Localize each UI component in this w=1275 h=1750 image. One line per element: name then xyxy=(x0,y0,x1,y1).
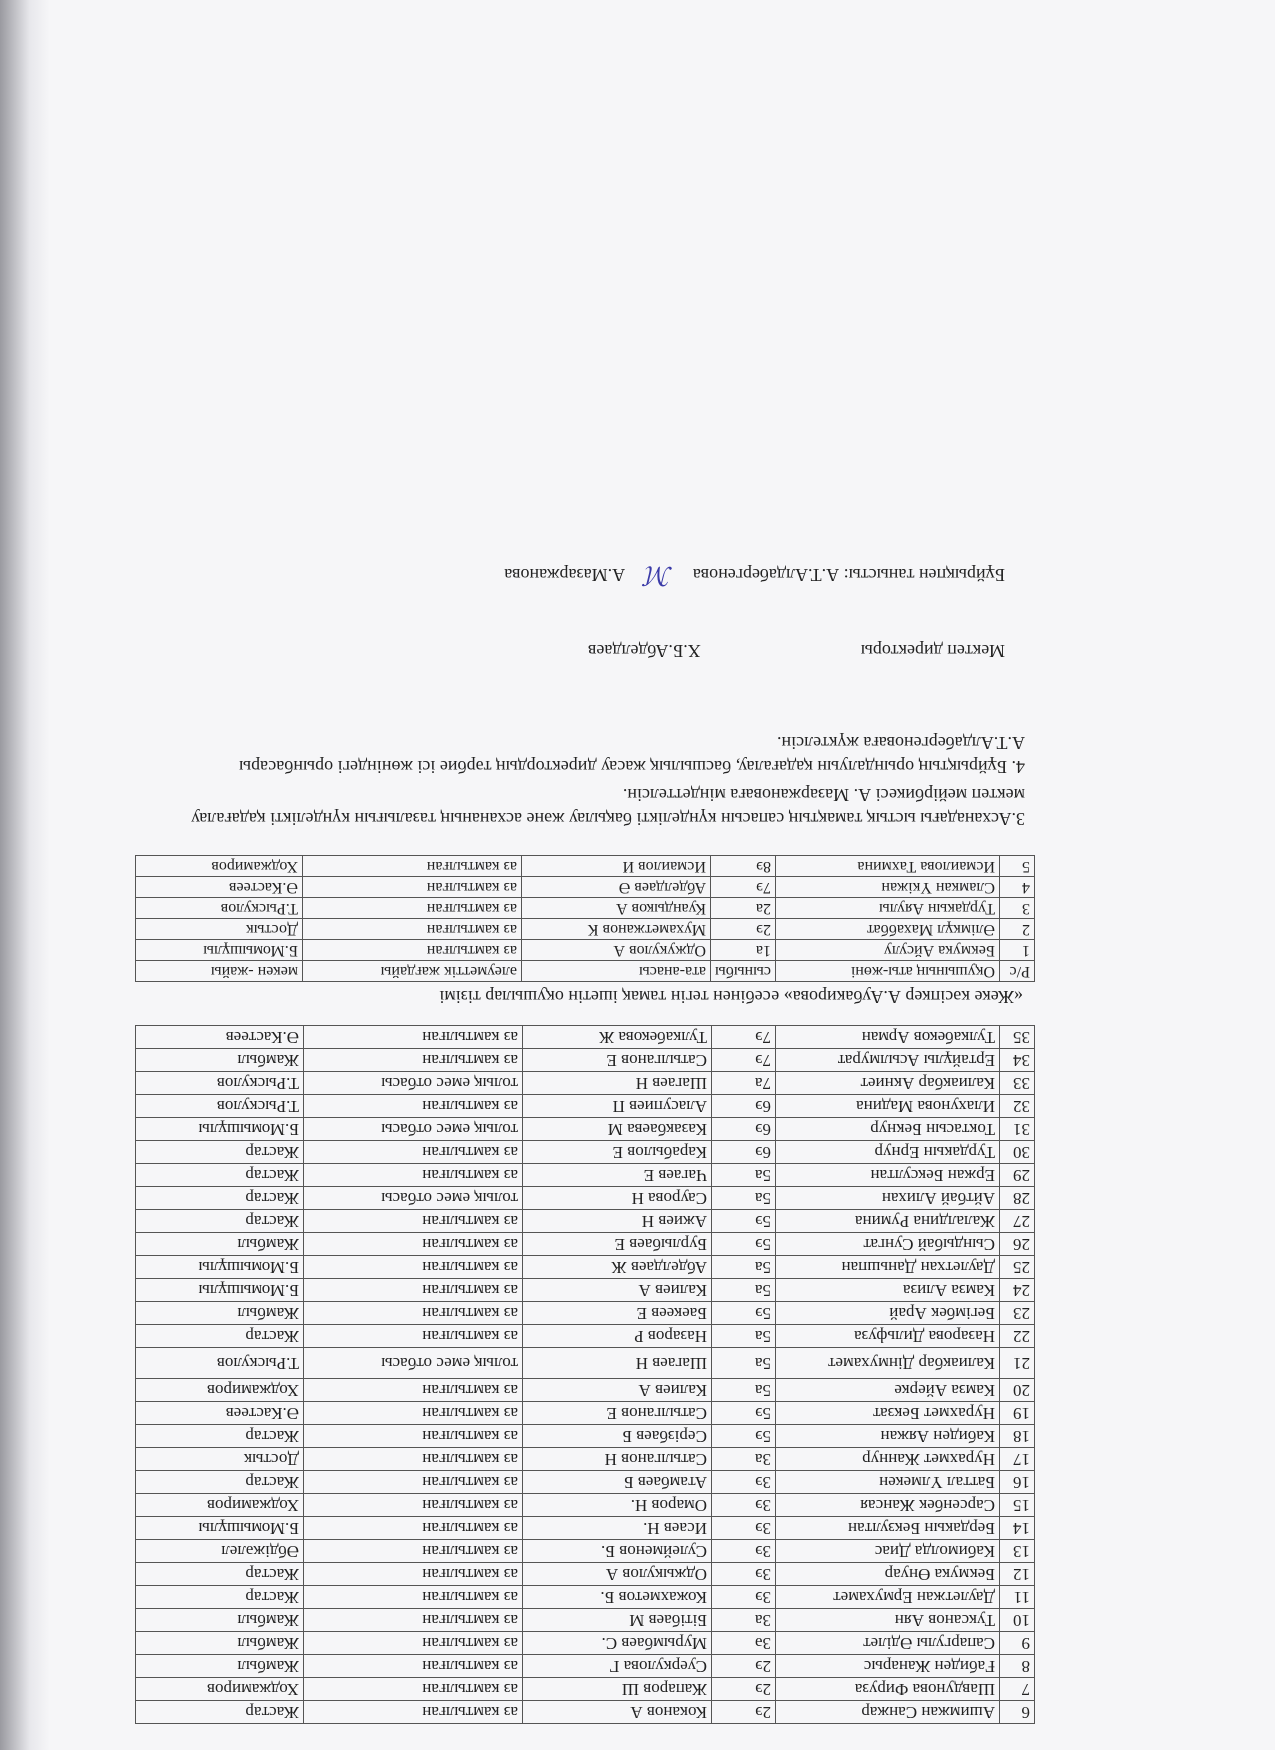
cell-name: Нурахмет Жаннур xyxy=(776,1448,1000,1471)
cell-n: 7 xyxy=(1000,1678,1035,1701)
cell-parent: Омаров Н. xyxy=(523,1494,712,1517)
cell-cls: 3ә xyxy=(712,1632,776,1655)
cell-cls: 5а xyxy=(712,1325,776,1348)
cell-status: толық емес отбасы xyxy=(304,1118,523,1141)
cell-parent: Оджукулов А xyxy=(521,940,710,961)
cell-cls: 3а xyxy=(712,1448,776,1471)
cell-name: Камза Ализа xyxy=(776,1279,1000,1302)
cell-n: 2 xyxy=(1000,919,1035,940)
acquainted-signature-line: Бұйрықпен танысты: А.Т.Алдабергенова ℳ А… xyxy=(135,560,1035,590)
cell-parent: Атамбаев Б xyxy=(523,1471,712,1494)
cell-n: 6 xyxy=(1000,1701,1035,1724)
cell-status: аз камтылған xyxy=(304,1049,523,1072)
cell-cls: 3э xyxy=(712,1471,776,1494)
document-content: 6Ашимжан Санжар2эКоканов Ааз камтылғанЖа… xyxy=(135,560,1035,1750)
cell-address: Достык xyxy=(136,919,303,940)
cell-parent: Назаров Р xyxy=(523,1325,712,1348)
cell-parent: Серізбаев Б xyxy=(523,1425,712,1448)
cell-name: Ашимжан Санжар xyxy=(776,1701,1000,1724)
cell-cls: 6э xyxy=(712,1141,776,1164)
cell-parent: Бурлыбаев Е xyxy=(523,1233,712,1256)
cell-n: 21 xyxy=(1000,1348,1035,1379)
table-row: 19Нурахмет Бекзат5эСатылганов Еаз камтыл… xyxy=(136,1402,1035,1425)
cell-parent: Калиев А xyxy=(523,1379,712,1402)
cell-n: 3 xyxy=(1000,898,1035,919)
director-signature-line: Мектеп директоры Х.Б.Абделдаев xyxy=(135,640,1035,661)
cell-parent: Казакбаева М xyxy=(523,1118,712,1141)
cell-address: Жамбыл xyxy=(136,1609,304,1632)
cell-n: 4 xyxy=(1000,877,1035,898)
cell-parent: Калиев А xyxy=(523,1279,712,1302)
cell-name: Тулкабеков Арман xyxy=(776,1026,1000,1049)
cell-status: аз камтылған xyxy=(304,1471,523,1494)
cell-status: аз камтылған xyxy=(302,898,521,919)
column-header: ата-анасы xyxy=(521,961,710,982)
cell-address: Достык xyxy=(136,1448,304,1471)
cell-parent: Ажиев Н xyxy=(523,1210,712,1233)
scanned-document-page: 6Ашимжан Санжар2эКоканов Ааз камтылғанЖа… xyxy=(0,0,1275,1750)
cell-n: 9 xyxy=(1000,1632,1035,1655)
table-row: 21Калиакбар Дінмухамет5аШагаев Нтолық ем… xyxy=(136,1348,1035,1379)
cell-parent: Сулейменов Б. xyxy=(523,1540,712,1563)
cell-address: Ходжамиров xyxy=(136,1494,304,1517)
table-row: 12Бекмука Өнуар3эОджыкулов Ааз камтылған… xyxy=(136,1563,1035,1586)
cell-n: 28 xyxy=(1000,1187,1035,1210)
cell-name: Камза Айерке xyxy=(776,1379,1000,1402)
table-row: 4Сламкан Үкіжан7эАбделдаев Әаз камтылған… xyxy=(136,877,1035,898)
table-row: 22Назарова Дильфуза5аНазаров Раз камтылғ… xyxy=(136,1325,1035,1348)
cell-n: 33 xyxy=(1000,1072,1035,1095)
cell-n: 15 xyxy=(1000,1494,1035,1517)
table-row: 16Баттал Үлмекен3эАтамбаев Баз камтылған… xyxy=(136,1471,1035,1494)
cell-status: аз камтылған xyxy=(302,940,521,961)
cell-parent: Мурымбаев С. xyxy=(523,1632,712,1655)
cell-name: Бекмука Өнуар xyxy=(776,1563,1000,1586)
cell-status: аз камтылған xyxy=(304,1517,523,1540)
cell-status: аз камтылған xyxy=(304,1563,523,1586)
cell-parent: Мухаметжанов К xyxy=(521,919,710,940)
table-row: 15Сарсенбек Жансая3эОмаров Н.аз камтылға… xyxy=(136,1494,1035,1517)
cell-cls: 6э xyxy=(712,1118,776,1141)
cell-name: Бегімбек Арай xyxy=(776,1302,1000,1325)
cell-status: аз камтылған xyxy=(304,1302,523,1325)
cell-status: аз камтылған xyxy=(304,1164,523,1187)
cell-status: аз камтылған xyxy=(304,1701,523,1724)
cell-address: Ә.Кастеев xyxy=(136,1026,304,1049)
cell-cls: 5а xyxy=(712,1164,776,1187)
table-row: 29Ержан Бексултан5аЧагаев Еаз камтылғанЖ… xyxy=(136,1164,1035,1187)
cell-cls: 5э xyxy=(712,1302,776,1325)
cell-cls: 5э xyxy=(712,1233,776,1256)
scan-edge-shadow xyxy=(0,0,50,1750)
column-header: Р/с xyxy=(1000,961,1035,982)
cell-cls: 2э xyxy=(710,919,775,940)
table-row: 33Калиакбар Акниет7аШагаев Нтолық емес о… xyxy=(136,1072,1035,1095)
table-row: 35Тулкабеков Арман7эТулкабекова Жаз камт… xyxy=(136,1026,1035,1049)
cell-address: Ходжамиров xyxy=(136,856,303,877)
cell-name: Бекмука Айсулу xyxy=(776,940,1000,961)
cell-cls: 3э xyxy=(712,1494,776,1517)
cell-cls: 5э xyxy=(712,1425,776,1448)
cell-status: аз камтылған xyxy=(304,1448,523,1471)
cell-name: Сындыбай Сунгат xyxy=(776,1233,1000,1256)
table-row: 8Ғабиден Жанарыс2эСуеркулова Газ камтылғ… xyxy=(136,1655,1035,1678)
cell-address: Жастар xyxy=(136,1141,304,1164)
cell-n: 27 xyxy=(1000,1210,1035,1233)
cell-n: 16 xyxy=(1000,1471,1035,1494)
column-header: мекен -жайы xyxy=(136,961,303,982)
cell-address: Жастар xyxy=(136,1164,304,1187)
cell-n: 19 xyxy=(1000,1402,1035,1425)
cell-status: аз камтылған xyxy=(304,1279,523,1302)
cell-address: Т.Рыскулов xyxy=(136,898,303,919)
cell-address: Жамбыл xyxy=(136,1302,304,1325)
cell-name: Ержан Бексултан xyxy=(776,1164,1000,1187)
table-row: 18Кабиден Аяжан5эСерізбаев Баз камтылған… xyxy=(136,1425,1035,1448)
table-row: 7Шавдунова Фируза2эЖапаров Шаз камтылған… xyxy=(136,1678,1035,1701)
second-signatory: А.Мазаржанова xyxy=(504,565,625,586)
cell-parent: Карабылов Е xyxy=(523,1141,712,1164)
cell-cls: 3э xyxy=(712,1563,776,1586)
table-row: 11Даулетжан Ермухамет3эКожахметов Б.аз к… xyxy=(136,1586,1035,1609)
cell-address: Жастар xyxy=(136,1187,304,1210)
cell-n: 25 xyxy=(1000,1256,1035,1279)
cell-status: аз камтылған xyxy=(304,1609,523,1632)
cell-parent: Саурова Н xyxy=(523,1187,712,1210)
cell-address: Ходжамиров xyxy=(136,1678,304,1701)
cell-n: 1 xyxy=(1000,940,1035,961)
cell-cls: 7э xyxy=(712,1026,776,1049)
cell-name: Сапаргулы Әділет xyxy=(776,1632,1000,1655)
cell-name: Калиакбар Акниет xyxy=(776,1072,1000,1095)
table-row: 14Бердакын Бекзултан3эИсаев Н.аз камтылғ… xyxy=(136,1517,1035,1540)
cell-cls: 5а xyxy=(712,1256,776,1279)
students-table-continued: 6Ашимжан Санжар2эКоканов Ааз камтылғанЖа… xyxy=(135,1025,1035,1724)
cell-n: 5 xyxy=(1000,856,1035,877)
cell-name: Сламкан Үкіжан xyxy=(776,877,1000,898)
paragraph-4: 4. Бұйрықтың орындалуын қадағалау, басшы… xyxy=(145,731,1025,779)
cell-status: аз камтылған xyxy=(304,1678,523,1701)
cell-parent: Суеркулова Г xyxy=(523,1655,712,1678)
cell-address: Т.Рыскулов xyxy=(136,1072,304,1095)
cell-cls: 7э xyxy=(710,877,775,898)
table-row: 17Нурахмет Жаннур3аСатылганов Наз камтыл… xyxy=(136,1448,1035,1471)
cell-parent: Исаев Н. xyxy=(523,1517,712,1540)
cell-name: Әлімкұл Махаббат xyxy=(776,919,1000,940)
table-row: 34Ертайұлы Асылмурат7эСатылганов Еаз кам… xyxy=(136,1049,1035,1072)
cell-status: аз камтылған xyxy=(304,1494,523,1517)
cell-cls: 2э xyxy=(712,1701,776,1724)
cell-status: аз камтылған xyxy=(304,1632,523,1655)
cell-cls: 5а xyxy=(712,1187,776,1210)
cell-address: Жамбыл xyxy=(136,1233,304,1256)
cell-status: толық емес отбасы xyxy=(304,1072,523,1095)
cell-address: Б.Момышұлы xyxy=(136,1118,304,1141)
table-row: 9Сапаргулы Әділет3әМурымбаев С.аз камтыл… xyxy=(136,1632,1035,1655)
cell-address: Б.Момышұлы xyxy=(136,1517,304,1540)
list-title: «Жеке кәсіпкер А.Аубакирова» есебінен те… xyxy=(135,986,1023,1007)
cell-address: Жастар xyxy=(136,1425,304,1448)
cell-status: толық емес отбасы xyxy=(304,1348,523,1379)
cell-parent: Баекеев Е xyxy=(523,1302,712,1325)
cell-parent: Абделдаев Ж xyxy=(523,1256,712,1279)
students-table-sponsor: Р/сОқушының аты-жөнісыныбыата-анасыәлеум… xyxy=(135,855,1035,982)
cell-status: аз камтылған xyxy=(304,1233,523,1256)
handwritten-signature-icon: ℳ xyxy=(645,560,673,590)
cell-parent: Исмаилов И xyxy=(521,856,710,877)
cell-name: Ғабиден Жанарыс xyxy=(776,1655,1000,1678)
cell-n: 30 xyxy=(1000,1141,1035,1164)
table-row: 2Әлімкұл Махаббат2эМухаметжанов Каз камт… xyxy=(136,919,1035,940)
column-header: Оқушының аты-жөні xyxy=(776,961,1000,982)
table-row: 23Бегімбек Арай5эБаекеев Еаз камтылғанЖа… xyxy=(136,1302,1035,1325)
cell-parent: Оджыкулов А xyxy=(523,1563,712,1586)
cell-n: 8 xyxy=(1000,1655,1035,1678)
cell-cls: 2э xyxy=(712,1678,776,1701)
cell-name: Айтбай Алихан xyxy=(776,1187,1000,1210)
table-row: 10Туксанов Аян3аБітібаев Маз камтылғанЖа… xyxy=(136,1609,1035,1632)
cell-n: 24 xyxy=(1000,1279,1035,1302)
cell-name: Туксанов Аян xyxy=(776,1609,1000,1632)
cell-address: Жастар xyxy=(136,1563,304,1586)
cell-name: Ертайұлы Асылмурат xyxy=(776,1049,1000,1072)
cell-parent: Шагаев Н xyxy=(523,1348,712,1379)
cell-address: Жастар xyxy=(136,1210,304,1233)
cell-address: Б.Момышұлы xyxy=(136,1256,304,1279)
cell-address: Жамбыл xyxy=(136,1655,304,1678)
cell-cls: 5э xyxy=(712,1210,776,1233)
cell-n: 23 xyxy=(1000,1302,1035,1325)
cell-address: Т.Рыскулов xyxy=(136,1348,304,1379)
table-row: 5Исмаилова Тахмина8эИсмаилов Иаз камтылғ… xyxy=(136,856,1035,877)
cell-address: Жастар xyxy=(136,1471,304,1494)
cell-parent: Чагаев Е xyxy=(523,1164,712,1187)
cell-status: аз камтылған xyxy=(304,1586,523,1609)
table-row: 24Камза Ализа5аКалиев Ааз камтылғанБ.Мом… xyxy=(136,1279,1035,1302)
cell-n: 10 xyxy=(1000,1609,1035,1632)
paragraph-3: 3.Асханадағы ыстық тамақтың сапасын күнд… xyxy=(145,783,1025,831)
cell-address: Жастар xyxy=(136,1325,304,1348)
cell-name: Даулетхан Даньшпан xyxy=(776,1256,1000,1279)
table-row: 28Айтбай Алихан5аСаурова Нтолық емес отб… xyxy=(136,1187,1035,1210)
cell-status: аз камтылған xyxy=(302,856,521,877)
cell-address: Жамбыл xyxy=(136,1632,304,1655)
cell-cls: 1а xyxy=(710,940,775,961)
cell-address: Ә.Кастеев xyxy=(136,877,303,898)
cell-status: аз камтылған xyxy=(302,919,521,940)
table-row: 20Камза Айерке5аКалиев Ааз камтылғанХодж… xyxy=(136,1379,1035,1402)
table-row: 27Жалалдина Румина5эАжиев Наз камтылғанЖ… xyxy=(136,1210,1035,1233)
cell-address: Әбдіжәлел xyxy=(136,1540,304,1563)
cell-n: 32 xyxy=(1000,1095,1035,1118)
acquainted-label: Бұйрықпен танысты: А.Т.Алдабергенова xyxy=(693,565,1005,586)
cell-name: Шавдунова Фируза xyxy=(776,1678,1000,1701)
cell-name: Турдакын Аяулы xyxy=(776,898,1000,919)
cell-cls: 6э xyxy=(712,1095,776,1118)
cell-name: Токтасын Бекнур xyxy=(776,1118,1000,1141)
cell-name: Нурахмет Бекзат xyxy=(776,1402,1000,1425)
cell-cls: 7а xyxy=(712,1072,776,1095)
cell-cls: 3э xyxy=(712,1540,776,1563)
cell-n: 34 xyxy=(1000,1049,1035,1072)
cell-name: Турдакын Ернур xyxy=(776,1141,1000,1164)
column-header: әлеуметтік жағдайы xyxy=(302,961,521,982)
director-name: Х.Б.Абделдаев xyxy=(588,640,701,661)
table-row: 30Турдакын Ернур6эКарабылов Еаз камтылға… xyxy=(136,1141,1035,1164)
cell-cls: 8э xyxy=(710,856,775,877)
cell-parent: Куандыков А xyxy=(521,898,710,919)
table-row: 25Даулетхан Даньшпан5аАбделдаев Жаз камт… xyxy=(136,1256,1035,1279)
cell-parent: Бітібаев М xyxy=(523,1609,712,1632)
cell-name: Жалалдина Румина xyxy=(776,1210,1000,1233)
cell-address: Ә.Кастеев xyxy=(136,1402,304,1425)
cell-address: Т.Рыскулов xyxy=(136,1095,304,1118)
cell-status: аз камтылған xyxy=(304,1325,523,1348)
cell-status: аз камтылған xyxy=(304,1210,523,1233)
cell-cls: 2э xyxy=(712,1655,776,1678)
table-row: 26Сындыбай Сунгат5эБурлыбаев Еаз камтылғ… xyxy=(136,1233,1035,1256)
cell-n: 22 xyxy=(1000,1325,1035,1348)
cell-n: 35 xyxy=(1000,1026,1035,1049)
column-header: сыныбы xyxy=(710,961,775,982)
cell-status: аз камтылған xyxy=(302,877,521,898)
table-row: 31Токтасын Бекнур6эКазакбаева Мтолық еме… xyxy=(136,1118,1035,1141)
cell-cls: 5а xyxy=(712,1379,776,1402)
cell-status: аз камтылған xyxy=(304,1540,523,1563)
cell-name: Сарсенбек Жансая xyxy=(776,1494,1000,1517)
cell-name: Даулетжан Ермухамет xyxy=(776,1586,1000,1609)
cell-n: 29 xyxy=(1000,1164,1035,1187)
cell-parent: Коканов А xyxy=(523,1701,712,1724)
cell-n: 13 xyxy=(1000,1540,1035,1563)
cell-cls: 5а xyxy=(712,1279,776,1302)
cell-status: аз камтылған xyxy=(304,1425,523,1448)
cell-n: 20 xyxy=(1000,1379,1035,1402)
table-row: 3Турдакын Аяулы2аКуандыков Ааз камтылған… xyxy=(136,898,1035,919)
cell-name: Кабимолда Диас xyxy=(776,1540,1000,1563)
director-label: Мектеп директоры xyxy=(861,640,1005,661)
cell-cls: 2а xyxy=(710,898,775,919)
cell-name: Илахунова Мадина xyxy=(776,1095,1000,1118)
cell-parent: Абделдаев Ә xyxy=(521,877,710,898)
cell-name: Назарова Дильфуза xyxy=(776,1325,1000,1348)
cell-parent: Кожахметов Б. xyxy=(523,1586,712,1609)
cell-parent: Шагаев Н xyxy=(523,1072,712,1095)
cell-status: аз камтылған xyxy=(304,1655,523,1678)
cell-n: 11 xyxy=(1000,1586,1035,1609)
cell-parent: Аласупиев П xyxy=(523,1095,712,1118)
cell-cls: 3э xyxy=(712,1517,776,1540)
cell-n: 31 xyxy=(1000,1118,1035,1141)
cell-parent: Сатылганов Н xyxy=(523,1448,712,1471)
cell-address: Жастар xyxy=(136,1586,304,1609)
cell-status: аз камтылған xyxy=(304,1141,523,1164)
cell-address: Жастар xyxy=(136,1701,304,1724)
cell-status: аз камтылған xyxy=(304,1095,523,1118)
cell-address: Б.Момышұлы xyxy=(136,1279,304,1302)
cell-n: 26 xyxy=(1000,1233,1035,1256)
table-row: 1Бекмука Айсулу1аОджукулов Ааз камтылған… xyxy=(136,940,1035,961)
cell-cls: 3а xyxy=(712,1609,776,1632)
cell-name: Кабиден Аяжан xyxy=(776,1425,1000,1448)
cell-name: Калиакбар Дінмухамет xyxy=(776,1348,1000,1379)
cell-cls: 5э xyxy=(712,1402,776,1425)
cell-parent: Сатылганов Е xyxy=(523,1402,712,1425)
cell-name: Бердакын Бекзултан xyxy=(776,1517,1000,1540)
cell-n: 12 xyxy=(1000,1563,1035,1586)
cell-status: аз камтылған xyxy=(304,1256,523,1279)
cell-parent: Тулкабекова Ж xyxy=(523,1026,712,1049)
table-row: 32Илахунова Мадина6эАласупиев Паз камтыл… xyxy=(136,1095,1035,1118)
cell-n: 14 xyxy=(1000,1517,1035,1540)
cell-status: аз камтылған xyxy=(304,1379,523,1402)
table-row: 13Кабимолда Диас3эСулейменов Б.аз камтыл… xyxy=(136,1540,1035,1563)
cell-name: Баттал Үлмекен xyxy=(776,1471,1000,1494)
cell-address: Ходжамиров xyxy=(136,1379,304,1402)
cell-cls: 5а xyxy=(712,1348,776,1379)
cell-status: толық емес отбасы xyxy=(304,1187,523,1210)
cell-status: аз камтылған xyxy=(304,1026,523,1049)
cell-parent: Сатылганов Е xyxy=(523,1049,712,1072)
cell-status: аз камтылған xyxy=(304,1402,523,1425)
cell-cls: 7э xyxy=(712,1049,776,1072)
cell-n: 18 xyxy=(1000,1425,1035,1448)
cell-address: Б.Момышұлы xyxy=(136,940,303,961)
cell-address: Жамбыл xyxy=(136,1049,304,1072)
table-row: 6Ашимжан Санжар2эКоканов Ааз камтылғанЖа… xyxy=(136,1701,1035,1724)
cell-parent: Жапаров Ш xyxy=(523,1678,712,1701)
cell-name: Исмаилова Тахмина xyxy=(776,856,1000,877)
cell-n: 17 xyxy=(1000,1448,1035,1471)
cell-cls: 3э xyxy=(712,1586,776,1609)
